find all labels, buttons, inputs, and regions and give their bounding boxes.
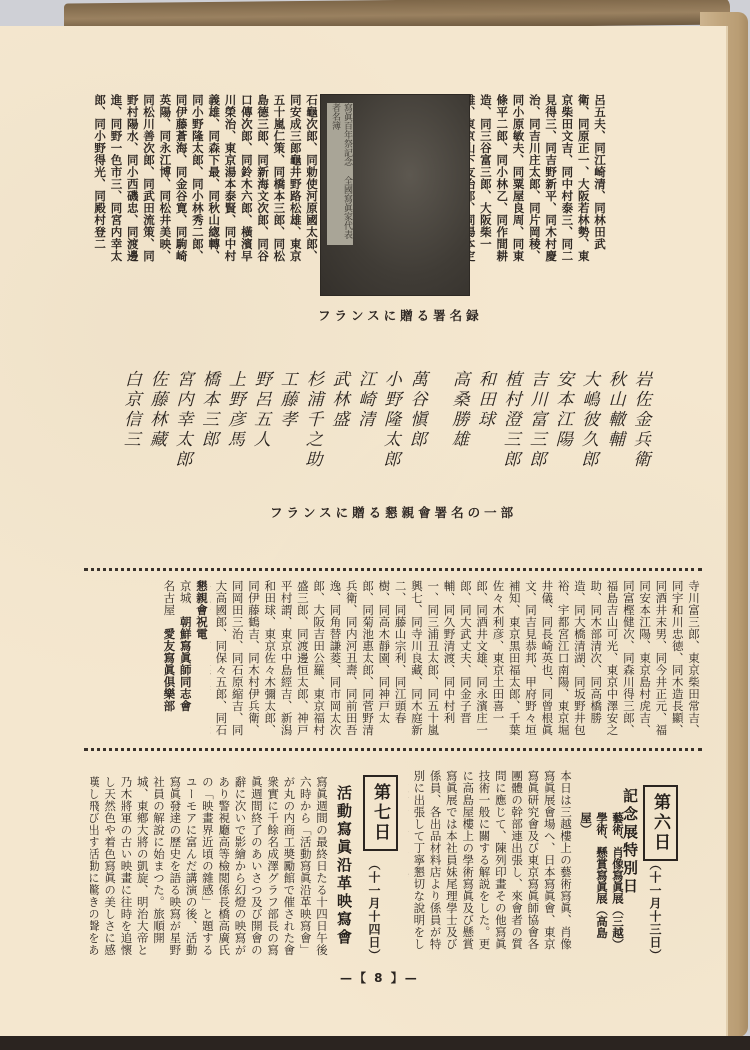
day6-subtitle-line: 藝術、肖像寫眞展（三越） (611, 812, 625, 950)
signature-book-photo: 寫眞百年祭記念 全國寫眞家代表者名簿 (320, 94, 470, 296)
signatures-caption: フランスに贈る懇親會署名の一部 (270, 503, 517, 521)
signature: 安本江陽 (551, 370, 573, 490)
association-title: 懇親會祝電 (195, 580, 209, 640)
day7-title: 活動寫眞沿革映寫會 (334, 785, 355, 947)
day6-body: 本日は三越樓上の藝術寫眞、肖像寫眞展會場へ、日本寫眞會、東京寫眞研究會及び東京寫… (408, 770, 574, 956)
signature: 植村澄三郎 (499, 370, 521, 490)
dotted-divider (84, 748, 702, 751)
day7-body: 寫眞週間の最終日たる十四日午後六時から「活動寫眞沿革映寫會」が丸の内商工奬勵館で… (90, 776, 330, 956)
day7-heading: 第七日 (363, 775, 398, 851)
signature: 野呂五人 (249, 370, 271, 490)
day7-date: （十一月十四日） (366, 858, 383, 962)
telegram-list: 懇親會祝電 京城 朝鮮寫眞師同志會 名古屋 愛友寫眞倶樂部 (92, 580, 210, 742)
signature: 和田球 (473, 370, 495, 490)
signatures-block: 岩佐金兵衛 秋山轍輔 大嶋彼久郎 安本江陽 吉川富三郎 植村澄三郎 和田球 高桑… (90, 370, 650, 490)
day6-subtitle-line: 學術、懸賞寫眞展（高島屋） (579, 812, 609, 939)
signature: 宮内幸太郎 (171, 370, 193, 490)
signature: 上野彦馬 (223, 370, 245, 490)
top-left-name-list: 石龜次郎、同勅使河原國太郎、同安成三郎龜井野路松雄、東京五十嵐仁策、同橋本三郎、… (90, 94, 320, 272)
association-city: 京城 (179, 580, 193, 604)
signature: 高桑勝雄 (447, 370, 469, 490)
signature: 橋本三郎 (197, 370, 219, 490)
association-name: 愛友寫眞倶樂部 (162, 628, 176, 712)
photo-inscription: 寫眞百年祭記念 全國寫眞家代表者名簿 (327, 103, 353, 245)
day6-subtitle: 藝術、肖像寫眞展（三越） 學術、懸賞寫眞展（高島屋） (578, 812, 626, 952)
signature: 工藤孝 (275, 370, 297, 490)
top-right-name-list: 呂五夫、同江崎清、同林田武衛、同原正一、大阪若林勢、東京柴田文吉、同中村泰三、同… (470, 94, 608, 272)
signature: 大嶋彼久郎 (577, 370, 599, 490)
signature: 江崎清 (353, 370, 375, 490)
photo-caption: フランスに贈る署名録 (318, 306, 483, 324)
scan-bottom-edge (0, 1036, 750, 1050)
association-name: 朝鮮寫眞師同志會 (179, 616, 193, 712)
signature: 小野隆太郎 (379, 370, 401, 490)
page-number: —【 8 】— (340, 969, 419, 986)
signature: 武林盛 (327, 370, 349, 490)
signature: 吉川富三郎 (525, 370, 547, 490)
association-city: 名古屋 (162, 580, 176, 616)
day6-date: （十一月十三日） (647, 858, 664, 962)
day6-heading: 第六日 (643, 785, 678, 861)
signature: 佐藤林藏 (145, 370, 167, 490)
signature: 白京信三 (119, 370, 141, 490)
signature: 岩佐金兵衛 (629, 370, 651, 490)
middle-name-list: 寺川富三郎、東京柴田常吉、同宇和川忠徳、同木造長顯、同酒井末男、同今井正元、福同… (210, 580, 702, 742)
signature: 杉浦千之助 (301, 370, 323, 490)
signature: 萬谷愼郎 (405, 370, 427, 490)
dotted-divider (84, 568, 702, 571)
signature: 秋山轍輔 (603, 370, 625, 490)
